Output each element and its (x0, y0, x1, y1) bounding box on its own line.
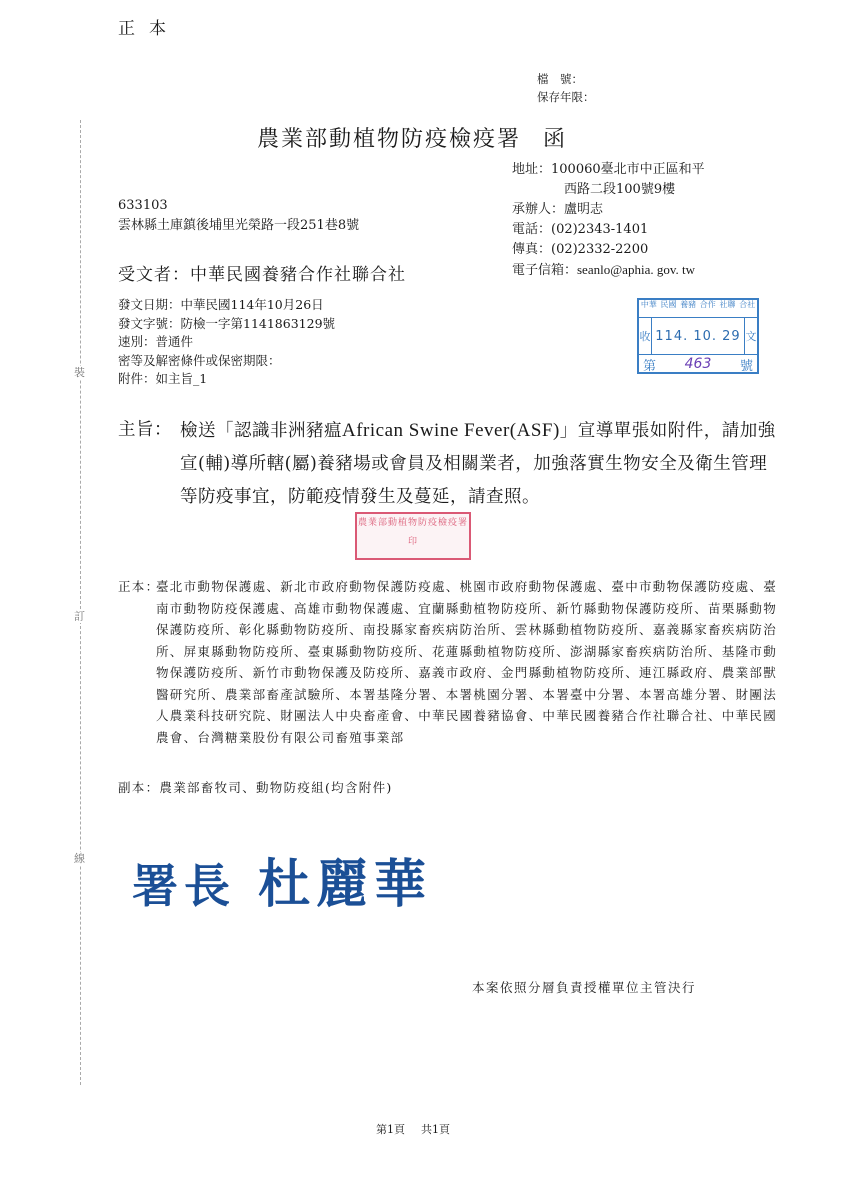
phone: 電話：(02)2343-1401 (512, 220, 705, 240)
carbon-copy: 副本：農業部畜牧司、動物防疫組(均含附件) (118, 778, 393, 796)
distribution-list: 臺北市動物保護處、新北市政府動物保護防疫處、桃園市政府動物保護處、臺中市動物保護… (156, 576, 778, 748)
stamp-number: 463 (685, 356, 712, 372)
binding-mark-xian: 線 (74, 852, 85, 865)
binding-mark-zhuang: 裝 (74, 366, 85, 379)
email: 電子信箱：seanlo@aphia. gov. tw (512, 260, 705, 280)
agency-name: 農業部動植物防疫檢疫署 (257, 127, 521, 152)
postal-code: 633103 (118, 196, 359, 216)
retention-label: 保存年限： (537, 88, 617, 106)
distribution-label: 正本： (118, 576, 159, 598)
stamp-org-part: 養豬 (680, 301, 696, 317)
fax: 傳真：(02)2332-2200 (512, 240, 705, 260)
delivery-speed: 速別：普通件 (118, 333, 335, 352)
stamp-org-part: 合社 (739, 301, 755, 317)
issue-date: 發文日期：中華民國114年10月26日 (118, 296, 335, 315)
official-seal: 農業部動植物防疫檢疫署印 (355, 512, 471, 560)
copy-type-label: 正本 (118, 14, 180, 39)
subject-text: 檢送「認識非洲豬瘟 (180, 421, 342, 441)
street-address: 雲林縣土庫鎮後埔里光榮路一段251巷8號 (118, 216, 359, 236)
document-title: 農業部動植物防疫檢疫署函 (257, 122, 567, 153)
stamp-date: 114. 10. 29 (651, 318, 745, 354)
stamp-number-prefix: 第 (643, 355, 656, 374)
stamp-org-part: 中華 (641, 301, 657, 317)
stamp-right-char: 文 (745, 328, 757, 344)
binding-line (80, 120, 81, 1085)
page-current: 第1頁 (376, 1123, 405, 1136)
subject-body: 檢送「認識非洲豬瘟African Swine Fever(ASF)」宣導單張如附… (180, 414, 778, 514)
stamp-org: 中華 民國 養豬 合作 社聯 合社 (639, 300, 757, 318)
received-stamp: 中華 民國 養豬 合作 社聯 合社 收 114. 10. 29 文 第 463 … (637, 298, 759, 374)
recipient: 受文者：中華民國養豬合作社聯合社 (118, 260, 406, 285)
page-total: 共1頁 (421, 1123, 450, 1136)
stamp-number-suffix: 號 (740, 355, 753, 374)
distribution: 正本： 臺北市動物保護處、新北市政府動物保護防疫處、桃園市政府動物保護處、臺中市… (118, 576, 778, 748)
secrecy-level: 密等及解密條件或保密期限： (118, 352, 335, 371)
address-line-1: 地址：100060臺北市中正區和平 (512, 160, 705, 180)
subject: 主旨： 檢送「認識非洲豬瘟African Swine Fever(ASF)」宣導… (118, 414, 778, 514)
stamp-org-part: 社聯 (719, 301, 735, 317)
signature-name: 杜麗華 (258, 855, 432, 915)
stamp-org-part: 合作 (700, 301, 716, 317)
contact-block: 地址：100060臺北市中正區和平 西路二段100號9樓 承辦人：盧明志 電話：… (512, 160, 705, 280)
pagination: 第1頁共1頁 (376, 1121, 450, 1137)
subject-text-english: African Swine Fever(ASF) (342, 420, 560, 441)
stamp-org-part: 民國 (660, 301, 676, 317)
handler: 承辦人：盧明志 (512, 200, 705, 220)
document-number: 發文字號：防檢一字第1141863129號 (118, 315, 335, 334)
stamp-date-row: 收 114. 10. 29 文 (639, 318, 757, 355)
stamp-number-row: 第 463 號 (639, 355, 757, 373)
delegation-note: 本案依照分層負責授權單位主管決行 (472, 978, 696, 996)
binding-mark-ding: 訂 (74, 610, 85, 623)
stamp-left-char: 收 (639, 328, 651, 344)
recipient-address: 633103 雲林縣土庫鎮後埔里光榮路一段251巷8號 (118, 196, 359, 236)
attachment: 附件：如主旨_1 (118, 370, 335, 389)
signature: 署長杜麗華 (132, 842, 432, 917)
document-kind: 函 (543, 127, 567, 152)
subject-label: 主旨： (118, 414, 172, 447)
address-line-2: 西路二段100號9樓 (512, 180, 705, 200)
file-meta: 檔 號： 保存年限： (537, 70, 617, 106)
signature-title: 署長 (132, 859, 236, 913)
document-meta: 發文日期：中華民國114年10月26日 發文字號：防檢一字第1141863129… (118, 296, 335, 389)
file-number-label: 檔 號： (537, 70, 617, 88)
